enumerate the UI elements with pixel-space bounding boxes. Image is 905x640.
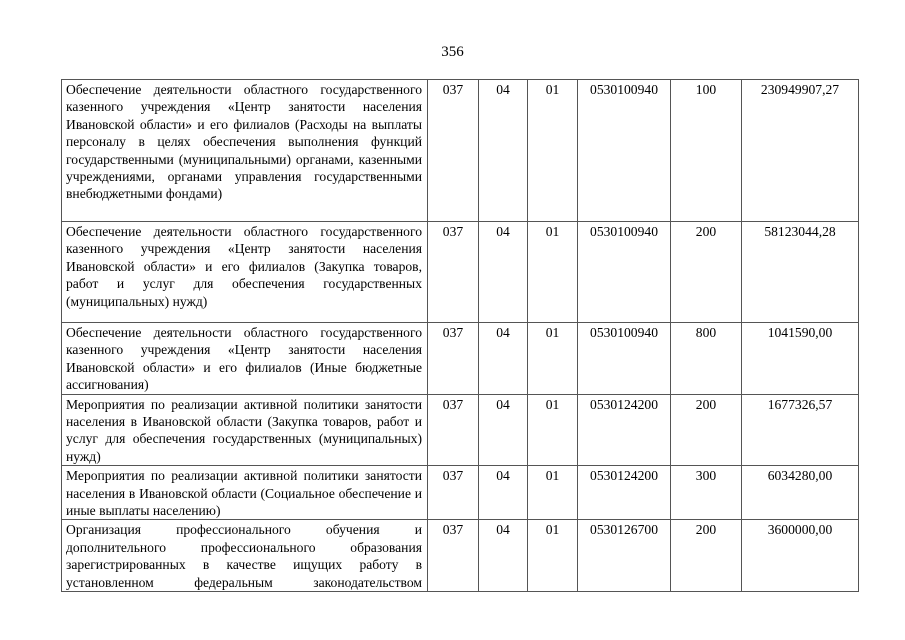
row-description: Мероприятия по реализации активной полит…: [62, 394, 428, 466]
section-code: 04: [479, 394, 528, 466]
row-description: Обеспечение деятельности областного госу…: [62, 222, 428, 323]
table-row: Мероприятия по реализации активной полит…: [62, 466, 859, 520]
section-code: 04: [479, 520, 528, 592]
subsection-code: 01: [528, 222, 578, 323]
section-code: 04: [479, 466, 528, 520]
grbs-code: 037: [428, 80, 479, 222]
table-row: Обеспечение деятельности областного госу…: [62, 222, 859, 323]
amount: 1041590,00: [742, 323, 859, 395]
expense-type-code: 200: [671, 222, 742, 323]
expense-type-code: 800: [671, 323, 742, 395]
row-description: Организация профессионального обучения и…: [62, 520, 428, 592]
grbs-code: 037: [428, 323, 479, 395]
target-article-code: 0530126700: [578, 520, 671, 592]
expense-type-code: 200: [671, 520, 742, 592]
section-code: 04: [479, 222, 528, 323]
row-description: Обеспечение деятельности областного госу…: [62, 80, 428, 222]
grbs-code: 037: [428, 394, 479, 466]
target-article-code: 0530100940: [578, 80, 671, 222]
section-code: 04: [479, 323, 528, 395]
amount: 58123044,28: [742, 222, 859, 323]
target-article-code: 0530100940: [578, 222, 671, 323]
subsection-code: 01: [528, 80, 578, 222]
amount: 230949907,27: [742, 80, 859, 222]
amount: 1677326,57: [742, 394, 859, 466]
section-code: 04: [479, 80, 528, 222]
amount: 3600000,00: [742, 520, 859, 592]
table-row: Обеспечение деятельности областного госу…: [62, 323, 859, 395]
grbs-code: 037: [428, 520, 479, 592]
target-article-code: 0530100940: [578, 323, 671, 395]
table-row: Организация профессионального обучения и…: [62, 520, 859, 592]
row-description: Обеспечение деятельности областного госу…: [62, 323, 428, 395]
expense-type-code: 300: [671, 466, 742, 520]
subsection-code: 01: [528, 394, 578, 466]
grbs-code: 037: [428, 466, 479, 520]
row-description: Мероприятия по реализации активной полит…: [62, 466, 428, 520]
subsection-code: 01: [528, 520, 578, 592]
subsection-code: 01: [528, 323, 578, 395]
page-number: 356: [0, 44, 905, 61]
target-article-code: 0530124200: [578, 394, 671, 466]
budget-table: Обеспечение деятельности областного госу…: [61, 79, 859, 592]
target-article-code: 0530124200: [578, 466, 671, 520]
expense-type-code: 200: [671, 394, 742, 466]
table-row: Обеспечение деятельности областного госу…: [62, 80, 859, 222]
subsection-code: 01: [528, 466, 578, 520]
grbs-code: 037: [428, 222, 479, 323]
amount: 6034280,00: [742, 466, 859, 520]
table-row: Мероприятия по реализации активной полит…: [62, 394, 859, 466]
expense-type-code: 100: [671, 80, 742, 222]
